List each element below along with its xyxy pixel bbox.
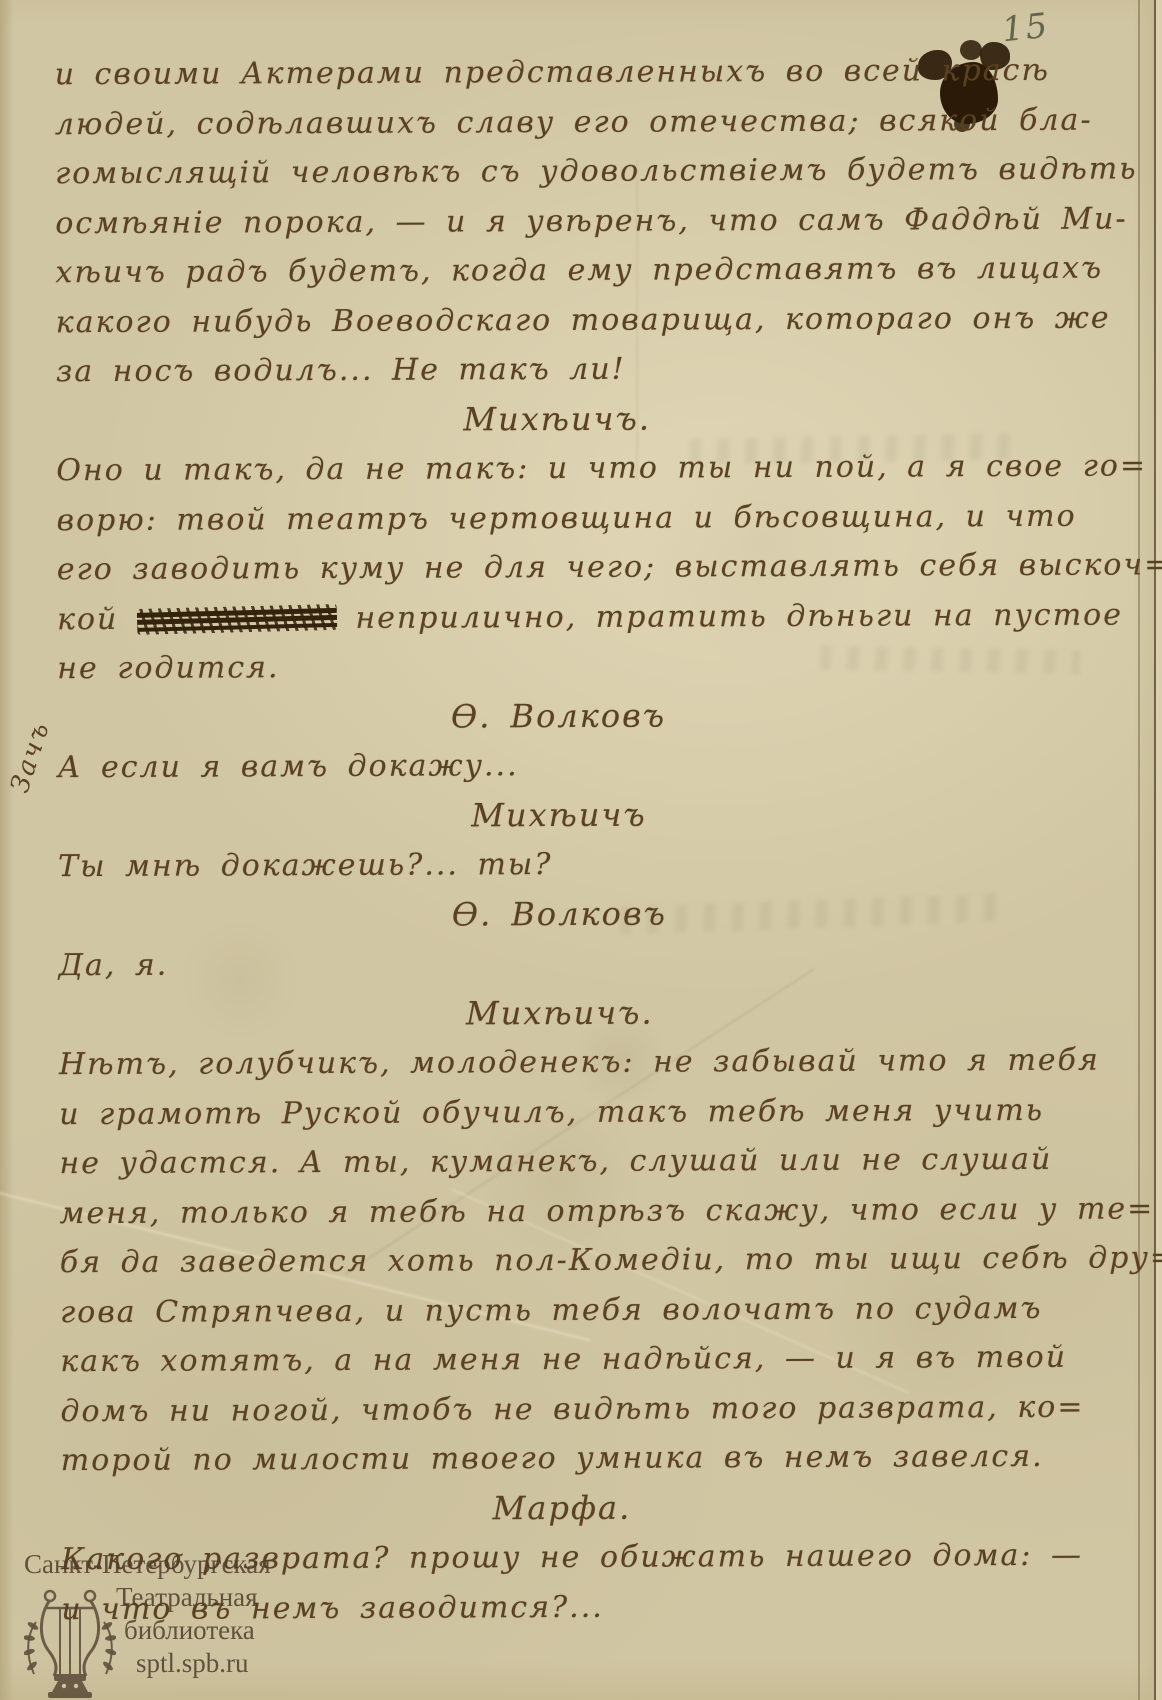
manuscript-line: ворю: твой театръ чертовщина и бѣсовщина… bbox=[56, 491, 1058, 545]
manuscript-line: кой неприлично, тратить дѣньги на пустое bbox=[57, 590, 1059, 644]
manuscript-line: его заводить куму не для чего; выставлят… bbox=[57, 541, 1059, 595]
manuscript-line: не годится. bbox=[57, 640, 1059, 694]
margin-note: Зачъ bbox=[5, 718, 56, 797]
stamp-line-library: библиотека bbox=[124, 1614, 348, 1647]
manuscript-line: какого нибудь Воеводскаго товарища, кото… bbox=[56, 293, 1058, 347]
manuscript-line: и своими Актерами представленныхъ во все… bbox=[55, 46, 1057, 100]
manuscript-line: гомыслящій человѣкъ съ удовольствіемъ бу… bbox=[55, 145, 1057, 199]
manuscript-line: А если я вамъ докажу... bbox=[58, 739, 1060, 793]
manuscript-line: меня, только я тебѣ на отрѣзъ скажу, что… bbox=[60, 1184, 1062, 1238]
character-name: Марфа. bbox=[61, 1481, 1063, 1535]
manuscript-line: Ты мнѣ докажешь?... ты? bbox=[58, 838, 1060, 892]
manuscript-line: осмѣяніе порока, — и я увѣренъ, что самъ… bbox=[55, 194, 1057, 248]
next-sheet-edge bbox=[1156, 0, 1162, 1700]
manuscript-line: за носъ водилъ... Не такъ ли! bbox=[56, 343, 1058, 397]
character-name: Михѣичъ. bbox=[59, 986, 1061, 1040]
manuscript-line: Да, я. bbox=[58, 937, 1060, 991]
manuscript-line: не удастся. А ты, куманекъ, слушай или н… bbox=[59, 1135, 1061, 1189]
manuscript-line: домъ ни ногой, чтобъ не видѣть того разв… bbox=[60, 1382, 1062, 1436]
manuscript-line: хѣичъ радъ будетъ, когда ему представятъ… bbox=[55, 244, 1057, 298]
manuscript-line: какъ хотятъ, а на меня не надѣйся, — и я… bbox=[60, 1333, 1062, 1387]
manuscript-line: людей, содѣлавшихъ славу его отечества; … bbox=[55, 95, 1057, 149]
character-name: Ѳ. Волковъ bbox=[58, 887, 1060, 941]
manuscript-scan-page: 15 Зачъ и своими Актерами представленных… bbox=[0, 0, 1162, 1700]
manuscript-text: и своими Актерами представленныхъ во все… bbox=[55, 46, 1064, 1634]
stamp-line-city: Санкт-Петербургская bbox=[24, 1548, 348, 1581]
stamp-line-theatre: Театральная bbox=[116, 1581, 348, 1614]
stamp-line-url: sptl.spb.ru bbox=[136, 1647, 348, 1680]
page-number: 15 bbox=[1000, 6, 1051, 51]
manuscript-line: гова Стряпчева, и пусть тебя волочатъ по… bbox=[60, 1283, 1062, 1337]
character-name: Ѳ. Волковъ bbox=[57, 689, 1059, 743]
manuscript-line: и грамотѣ Руской обучилъ, такъ тебѣ меня… bbox=[59, 1085, 1061, 1139]
page-edge-line bbox=[1138, 0, 1140, 1700]
manuscript-line: Нѣтъ, голубчикъ, молоденекъ: не забывай … bbox=[59, 1036, 1061, 1090]
manuscript-line: торой по милости твоего умника въ немъ з… bbox=[61, 1432, 1063, 1486]
manuscript-line-text: кой bbox=[57, 601, 137, 636]
manuscript-line-text: неприлично, тратить дѣньги на пустое bbox=[337, 597, 1123, 635]
character-name: Михѣичъ. bbox=[56, 392, 1058, 446]
strikeout-scribble bbox=[137, 603, 338, 634]
character-name: Михѣичъ bbox=[58, 788, 1060, 842]
manuscript-line: бя да заведется хоть пол-Комедіи, то ты … bbox=[60, 1234, 1062, 1288]
manuscript-line: Оно и такъ, да не такъ: и что ты ни пой,… bbox=[56, 442, 1058, 496]
